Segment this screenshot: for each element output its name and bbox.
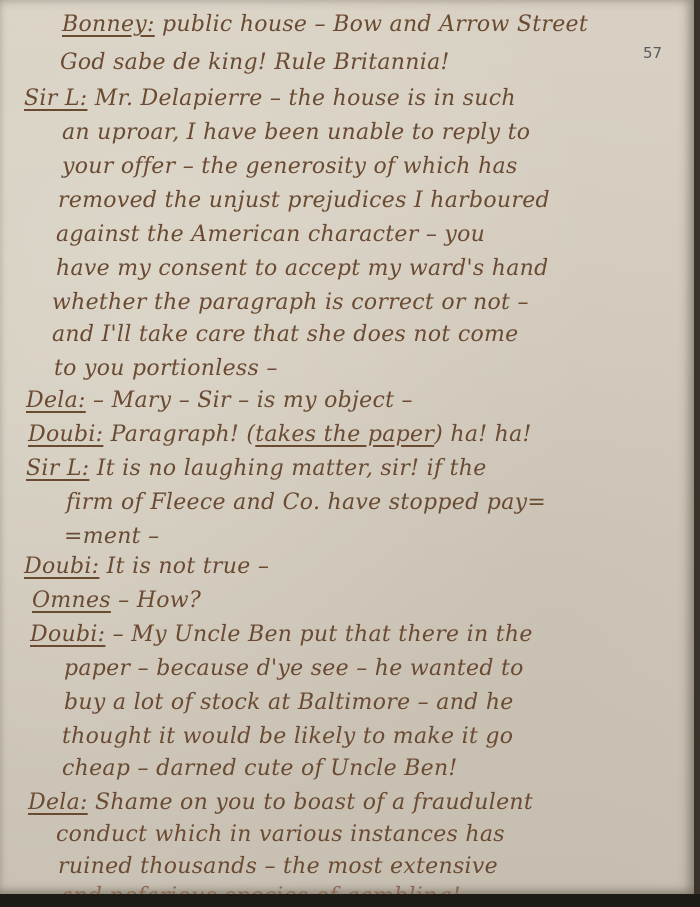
manuscript-line: Sir L: Mr. Delapierre – the house is in …	[24, 86, 516, 111]
manuscript-line: Doubi: It is not true –	[24, 554, 269, 579]
speaker-label: Doubi:	[24, 554, 99, 579]
stage-direction: takes the paper	[255, 422, 434, 447]
speaker-label: Sir L:	[26, 456, 89, 481]
speaker-label: Sir L:	[24, 86, 87, 111]
manuscript-line: paper – because d'ye see – he wanted to	[64, 656, 524, 681]
speaker-label: Bonney:	[62, 12, 155, 37]
manuscript-line: =ment –	[64, 524, 159, 549]
line-text: to you portionless –	[54, 356, 278, 381]
manuscript-line: cheap – darned cute of Uncle Ben!	[62, 756, 458, 781]
line-text: and I'll take care that she does not com…	[52, 322, 519, 347]
manuscript-line: an uproar, I have been unable to reply t…	[62, 120, 530, 145]
manuscript-line: your offer – the generosity of which has	[62, 154, 518, 179]
line-text: conduct which in various instances has	[56, 822, 505, 847]
manuscript-line: whether the paragraph is correct or not …	[52, 290, 529, 315]
line-text: firm of Fleece and Co. have stopped pay=	[66, 490, 546, 515]
line-text: public house – Bow and Arrow Street	[155, 12, 588, 37]
line-text: – How?	[111, 588, 201, 613]
manuscript-line: buy a lot of stock at Baltimore – and he	[64, 690, 514, 715]
line-text: It is no laughing matter, sir! if the	[89, 456, 486, 481]
line-text: cheap – darned cute of Uncle Ben!	[62, 756, 458, 781]
line-text: =ment –	[64, 524, 159, 549]
line-text: thought it would be likely to make it go	[62, 724, 513, 749]
line-text: – My Uncle Ben put that there in the	[105, 622, 532, 647]
line-text: your offer – the generosity of which has	[62, 154, 518, 179]
manuscript-line: ruined thousands – the most extensive	[58, 854, 498, 879]
speaker-label: Doubi:	[30, 622, 105, 647]
line-text: It is not true –	[99, 554, 269, 579]
manuscript-line: firm of Fleece and Co. have stopped pay=	[66, 490, 546, 515]
line-text: Paragraph! (	[103, 422, 255, 447]
manuscript-line: to you portionless –	[54, 356, 278, 381]
manuscript-page: 57 Bonney: public house – Bow and Arrow …	[0, 0, 694, 894]
page-edge-bottom	[0, 894, 700, 907]
manuscript-line: Doubi: – My Uncle Ben put that there in …	[30, 622, 533, 647]
line-text: paper – because d'ye see – he wanted to	[64, 656, 524, 681]
line-text: Shame on you to boast of a fraudulent	[88, 790, 533, 815]
speaker-label: Dela:	[26, 388, 86, 413]
page-number: 57	[643, 44, 662, 62]
speaker-label: Dela:	[28, 790, 88, 815]
line-text: against the American character – you	[56, 222, 485, 247]
line-text: ) ha! ha!	[434, 422, 532, 447]
line-text: – Mary – Sir – is my object –	[86, 388, 413, 413]
line-text: whether the paragraph is correct or not …	[52, 290, 529, 315]
manuscript-line: Dela: – Mary – Sir – is my object –	[26, 388, 413, 413]
manuscript-line: Doubi: Paragraph! (takes the paper) ha! …	[28, 422, 532, 447]
manuscript-line: have my consent to accept my ward's hand	[56, 256, 549, 281]
speaker-label: Doubi:	[28, 422, 103, 447]
manuscript-line: thought it would be likely to make it go	[62, 724, 513, 749]
page-edge-right	[694, 0, 700, 907]
manuscript-line: and I'll take care that she does not com…	[52, 322, 519, 347]
line-text: an uproar, I have been unable to reply t…	[62, 120, 530, 145]
line-text: ruined thousands – the most extensive	[58, 854, 498, 879]
speaker-label: Omnes	[32, 588, 111, 613]
manuscript-line: God sabe de king! Rule Britannia!	[60, 50, 450, 75]
manuscript-line: Omnes – How?	[32, 588, 201, 613]
line-text: have my consent to accept my ward's hand	[56, 256, 549, 281]
line-text: and nefarious species of gambling!	[60, 884, 461, 894]
line-text: buy a lot of stock at Baltimore – and he	[64, 690, 514, 715]
manuscript-line: Bonney: public house – Bow and Arrow Str…	[62, 12, 588, 37]
manuscript-line: Dela: Shame on you to boast of a fraudul…	[28, 790, 533, 815]
line-text: God sabe de king! Rule Britannia!	[60, 50, 450, 75]
line-text: removed the unjust prejudices I harboure…	[58, 188, 550, 213]
line-text: Mr. Delapierre – the house is in such	[87, 86, 515, 111]
manuscript-line: removed the unjust prejudices I harboure…	[58, 188, 550, 213]
manuscript-line: and nefarious species of gambling!	[60, 884, 461, 894]
manuscript-line: Sir L: It is no laughing matter, sir! if…	[26, 456, 487, 481]
manuscript-line: conduct which in various instances has	[56, 822, 505, 847]
manuscript-line: against the American character – you	[56, 222, 485, 247]
